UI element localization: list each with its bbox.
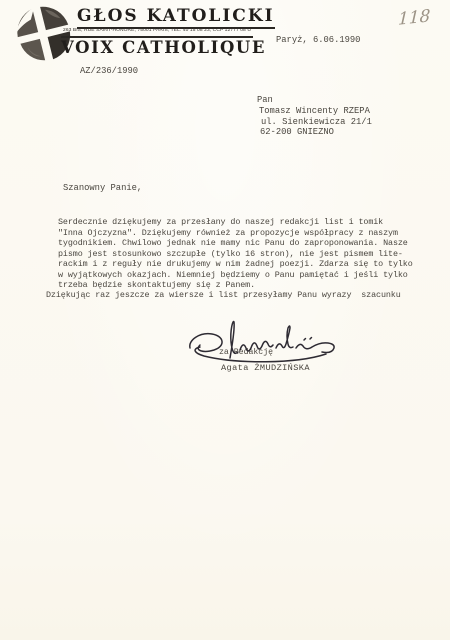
letterhead-address: 263 BIS, RUE SAINT-HONORE, 75001 PARIS, … <box>63 28 251 33</box>
handwritten-page-number: 118 <box>398 6 431 30</box>
body-line: w wyjątkowych okazjach. Niemniej będziem… <box>58 270 413 281</box>
letter-body-paragraph: Serdecznie dziękujemy za przesłany do na… <box>58 217 413 291</box>
recipient-address-block: Pan Tomasz Wincenty RZEPA ul. Sienkiewic… <box>257 95 372 138</box>
recipient-line: 62-200 GNIEZNO <box>260 127 372 138</box>
body-line: trzeba będzie skontaktujemy się z Panem. <box>58 280 413 291</box>
cross-globe-logo-icon <box>11 3 75 67</box>
letterhead-subtitle: VOIX CATHOLIQUE <box>61 38 266 57</box>
closing-line: Dziękując raz jeszcze za wiersze i list … <box>46 290 401 300</box>
letterhead-title: GŁOS KATOLICKI <box>77 6 275 29</box>
body-line: rackim i z reguły nie drukujemy w nim ża… <box>58 259 413 270</box>
body-line: pismo jest stosunkowo szczupłe (tylko 16… <box>58 249 413 260</box>
recipient-line: ul. Sienkiewicza 21/1 <box>261 117 372 128</box>
letter-date: Paryż, 6.06.1990 <box>276 35 360 45</box>
recipient-line: Tomasz Wincenty RZEPA <box>259 106 372 117</box>
body-line: tygodnikiem. Chwilowo jednak nie mamy ni… <box>58 238 413 249</box>
handwritten-signature-icon <box>186 318 338 366</box>
body-line: Serdecznie dziękujemy za przesłany do na… <box>58 217 413 228</box>
letter-page: GŁOS KATOLICKI 263 BIS, RUE SAINT-HONORE… <box>0 0 450 640</box>
salutation: Szanowny Panie, <box>63 183 142 193</box>
reference-number: AZ/236/1990 <box>80 66 138 76</box>
body-line: "Inna Ojczyzna". Dziękujemy również za p… <box>58 228 413 239</box>
recipient-line: Pan <box>257 95 372 106</box>
